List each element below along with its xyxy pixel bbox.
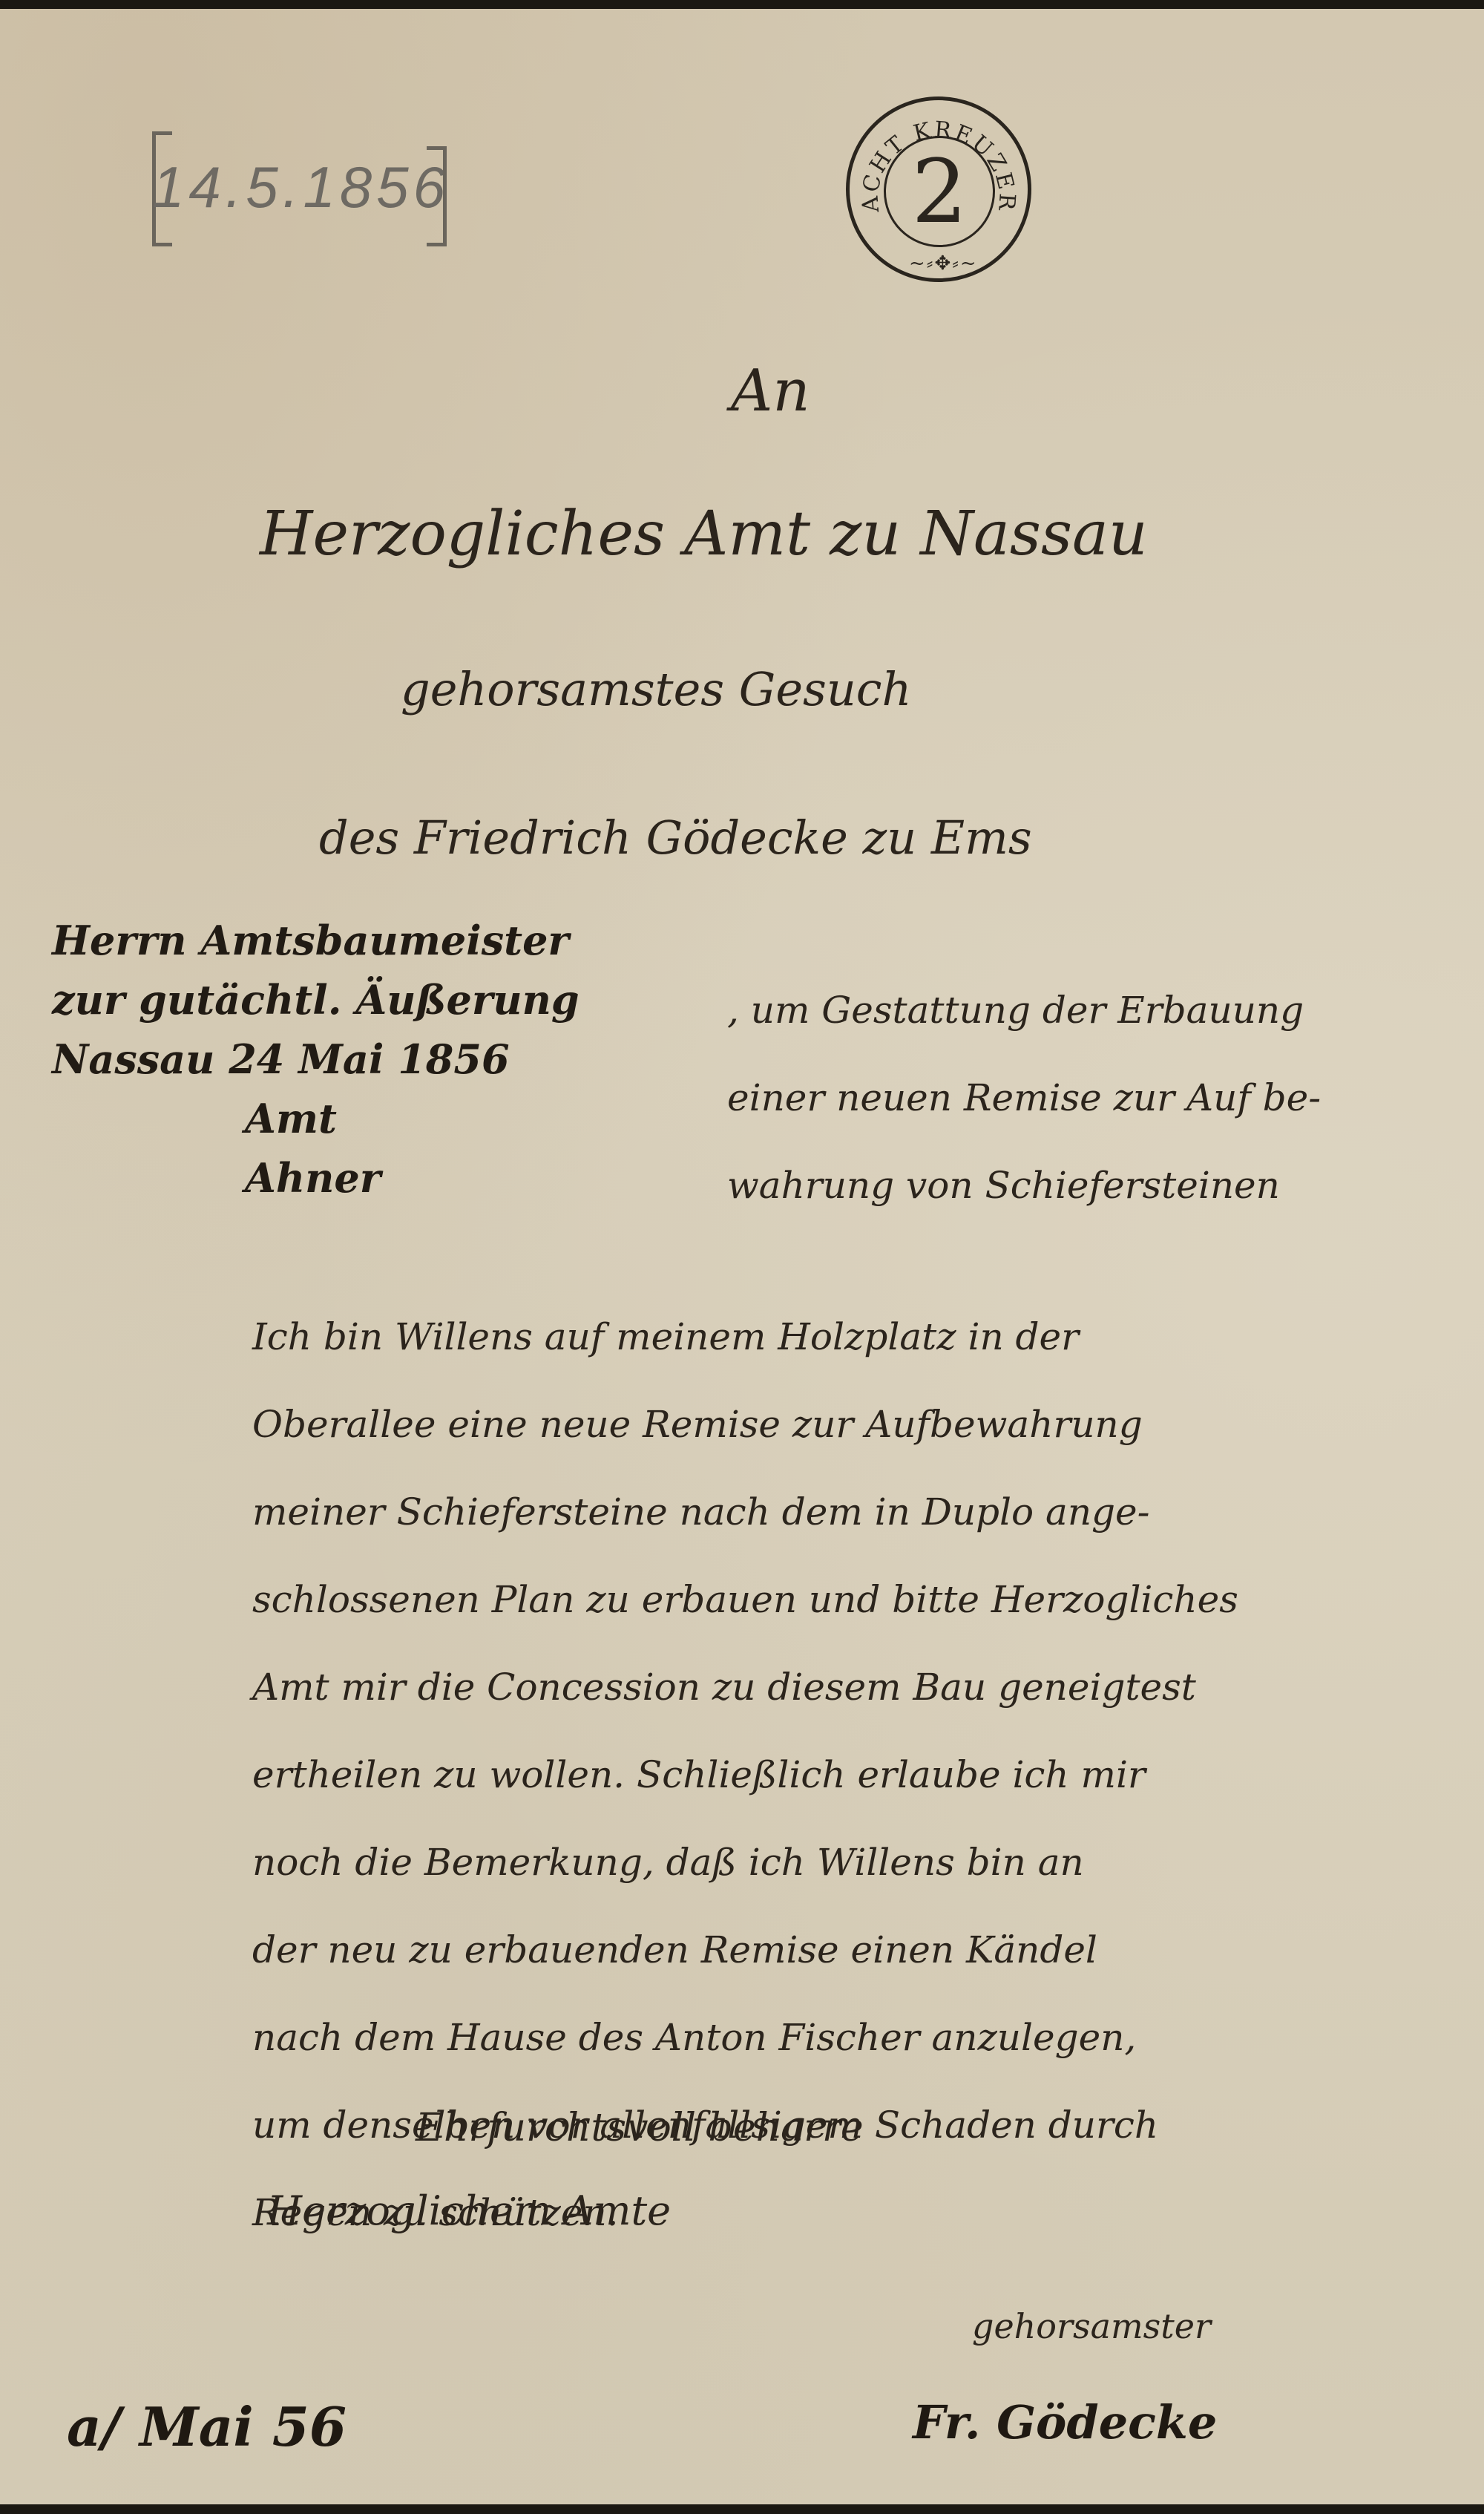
address-salutation: An	[731, 358, 810, 425]
document-page: 14.5.1856 ACHT KREUZER 2 ~⸗✥⸗~ An Herzog…	[0, 9, 1484, 2504]
scan-edge-bottom	[0, 2504, 1484, 2514]
margin-note-line: Nassau 24 Mai 1856	[52, 1030, 580, 1089]
scan-edge-top	[0, 0, 1484, 9]
body-line: Oberallee eine neue Remise zur Aufbewahr…	[252, 1381, 1238, 1468]
stamp-inner-circle: 2	[884, 136, 995, 247]
margin-note-line: zur gutächtl. Äußerung	[52, 970, 580, 1030]
signature: Fr. Gödecke	[913, 2395, 1217, 2449]
subject-line: wahrung von Schiefersteinen	[727, 1142, 1321, 1229]
subject-line: einer neuen Remise zur Auf be-	[727, 1054, 1321, 1142]
body-line: Ich bin Willens auf meinem Holzplatz in …	[252, 1293, 1238, 1381]
body-line: Amt mir die Concession zu diesem Bau gen…	[252, 1643, 1238, 1731]
stamp-value: 2	[911, 148, 967, 235]
document-title: gehorsamstes Gesuch	[401, 662, 911, 716]
archive-date: 14.5.1856	[152, 154, 450, 221]
body-line: meiner Schiefersteine nach dem in Duplo …	[252, 1468, 1238, 1556]
tax-stamp: ACHT KREUZER 2 ~⸗✥⸗~	[846, 96, 1031, 282]
closing-addressee: Herzoglichem Amte	[267, 2187, 671, 2234]
body-line: der neu zu erbauenden Remise einen Kände…	[252, 1906, 1238, 1994]
body-line: noch die Bemerkung, daß ich Willens bin …	[252, 1819, 1238, 1906]
stamp-ornament-icon: ~⸗✥⸗~	[909, 252, 978, 275]
petitioner-line: des Friedrich Gödecke zu Ems	[319, 811, 1032, 865]
body-line: ertheilen zu wollen. Schließlich erlaube…	[252, 1731, 1238, 1819]
address-recipient: Herzogliches Amt zu Nassau	[260, 499, 1148, 569]
subject-line: , um Gestattung der Erbauung	[727, 966, 1321, 1054]
archive-bracket-right	[427, 146, 447, 246]
margin-note-line: Amt	[52, 1089, 580, 1148]
body-line: schlossenen Plan zu erbauen und bitte He…	[252, 1556, 1238, 1643]
valediction: gehorsamster	[972, 2306, 1211, 2346]
body-line: nach dem Hause des Anton Fischer anzuleg…	[252, 1994, 1238, 2081]
margin-note: Herrn Amtsbaumeister zur gutächtl. Äußer…	[52, 911, 580, 1208]
subject-block: , um Gestattung der Erbauung einer neuen…	[727, 966, 1321, 1229]
closing-line: Ehrfurchtsvoll beharre	[416, 2106, 864, 2150]
registry-note: a/ Mai 56	[67, 2395, 347, 2458]
margin-note-line: Herrn Amtsbaumeister	[52, 911, 580, 970]
margin-note-line: Ahner	[52, 1148, 580, 1208]
